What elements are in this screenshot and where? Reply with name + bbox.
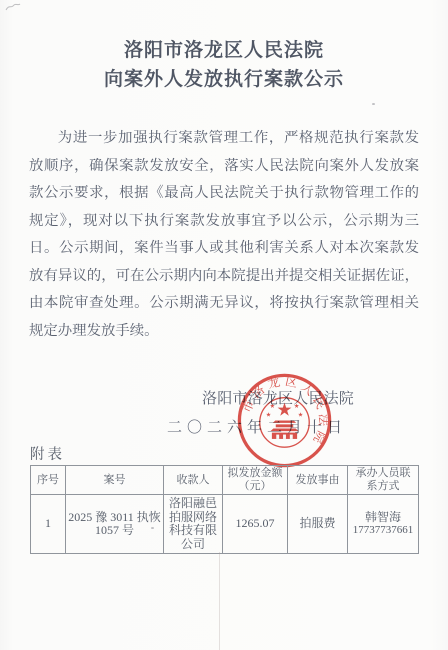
body-line: 为进一步加强执行案款管理工作，严格规范执行案款发 [29, 125, 419, 153]
body-line: 日。公示期间，案件当事人或其他利害关系人对本次案款发 [29, 235, 419, 263]
header-case-number: 案号 [66, 466, 164, 495]
cell-amount: 1265.07 [223, 495, 288, 554]
handler-name: 韩智海 [350, 511, 416, 525]
header-seq: 序号 [31, 466, 66, 495]
title-line-1: 洛阳市洛龙区人民法院 [0, 36, 448, 65]
body-line: 放有异议的，可在公示期内向本院提出并提交相关证据佐证， [29, 263, 419, 291]
court-notice-page: 洛阳市洛龙区人民法院 向案外人发放执行案款公示 为进一步加强执行案款管理工作，严… [0, 0, 448, 650]
header-payee: 收款人 [164, 466, 223, 495]
national-emblem-icon [260, 398, 309, 447]
official-court-seal: 洛阳市洛龙区人民法院 [236, 372, 333, 469]
header-handler-contact: 承办人员联系方式 [348, 466, 419, 495]
cell-case-number: 2025 豫 3011 执恢 1057 号 [66, 495, 164, 554]
header-amount: 拟发放金额（元） [223, 466, 288, 495]
cell-payee: 洛阳融邑拍服网络科技有限公司 [164, 495, 223, 554]
cell-reason: 拍服费 [288, 495, 348, 554]
case-funds-table: 序号 案号 收款人 拟发放金额（元） 发放事由 承办人员联系方式 1 2025 … [30, 465, 419, 554]
cell-seq: 1 [31, 495, 66, 554]
scan-speck [372, 103, 375, 105]
notice-body: 为进一步加强执行案款管理工作，严格规范执行案款发 放顺序，确保案款发放安全，落实… [29, 125, 419, 345]
body-line: 规定办理发放手续。 [29, 318, 419, 346]
scan-crease-line [219, 552, 220, 650]
table-header-row: 序号 案号 收款人 拟发放金额（元） 发放事由 承办人员联系方式 [31, 466, 419, 495]
body-line: 款公示要求，根据《最高人民法院关于执行款物管理工作的 [29, 180, 419, 208]
attachment-table-label: 附表 [30, 443, 65, 464]
body-line: 规定》，现对以下执行案款发放事宜予以公示，公示期为三 [29, 208, 419, 236]
table-row: 1 2025 豫 3011 执恢 1057 号 洛阳融邑拍服网络科技有限公司 1… [31, 495, 419, 554]
document-title: 洛阳市洛龙区人民法院 向案外人发放执行案款公示 [0, 36, 448, 94]
body-line: 放顺序，确保案款发放安全，落实人民法院向案外人发放案 [29, 153, 419, 181]
title-line-2: 向案外人发放执行案款公示 [0, 65, 448, 94]
header-reason: 发放事由 [288, 466, 348, 495]
pen-mark [5, 2, 21, 12]
handler-phone: 17737737661 [350, 524, 416, 538]
body-line: 由本院审查处理。公示期满无异议，将按执行案款管理相关 [29, 290, 419, 318]
cell-handler-contact: 韩智海 17737737661 [348, 495, 419, 554]
